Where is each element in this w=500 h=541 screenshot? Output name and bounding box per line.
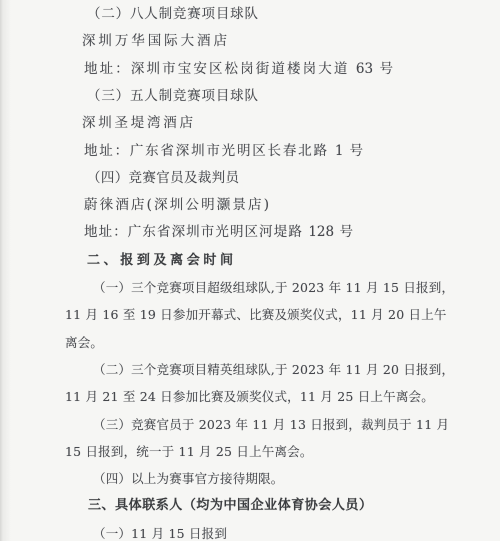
scanned-document-page: （二）八人制竞赛项目球队深圳万华国际大酒店地址：深圳市宝安区松岗街道楼岗大道 6… xyxy=(0,0,500,541)
list-item-line: （三）五人制竞赛项目球队 xyxy=(87,87,258,106)
section-heading: 二、报到及离会时间 xyxy=(87,251,233,270)
hotel-address-line: 地址：广东省深圳市光明区长春北路 1 号 xyxy=(84,142,363,161)
paragraph-line: （一）11 月 15 日报到 xyxy=(93,524,227,541)
paragraph-line: （三）竞赛官员于 2023 年 11 月 13 日报到，裁判员于 11 月 xyxy=(93,415,449,434)
hotel-address-line: 深圳圣堤湾酒店 xyxy=(82,114,193,133)
paragraph-line: 15 日报到，统一于 11 月 25 日上午离会。 xyxy=(65,442,313,461)
hotel-address-line: 深圳万华国际大酒店 xyxy=(82,32,227,51)
list-item-line: （四）竞赛官员及裁判员 xyxy=(87,169,239,188)
paragraph-line: 11 月 21 至 24 日参加比赛及颁奖仪式，11 月 25 日上午离会。 xyxy=(65,387,434,406)
hotel-address-line: 蔚徕酒店(深圳公明灏景店) xyxy=(84,196,269,215)
section-heading: 三、具体联系人（均为中国企业体育协会人员） xyxy=(88,496,372,515)
paragraph-line: 11 月 16 至 19 日参加开幕式、比赛及颁奖仪式，11 月 20 日上午 xyxy=(65,305,447,324)
paragraph-line: （四）以上为赛事官方接待期限。 xyxy=(93,469,284,488)
paragraph-line: （一）三个竞赛项目超级组球队,于 2023 年 11 月 15 日报到， xyxy=(93,278,454,297)
list-item-line: （二）八人制竞赛项目球队 xyxy=(87,5,258,24)
hotel-address-line: 地址：广东省深圳市光明区河堤路 128 号 xyxy=(84,223,353,242)
paragraph-line: 离会。 xyxy=(65,333,103,352)
paragraph-line: （二）三个竞赛项目精英组球队,于 2023 年 11 月 20 日报到， xyxy=(93,360,454,379)
scan-edge-shadow xyxy=(0,0,12,541)
hotel-address-line: 地址：深圳市宝安区松岗街道楼岗大道 63 号 xyxy=(84,60,393,79)
